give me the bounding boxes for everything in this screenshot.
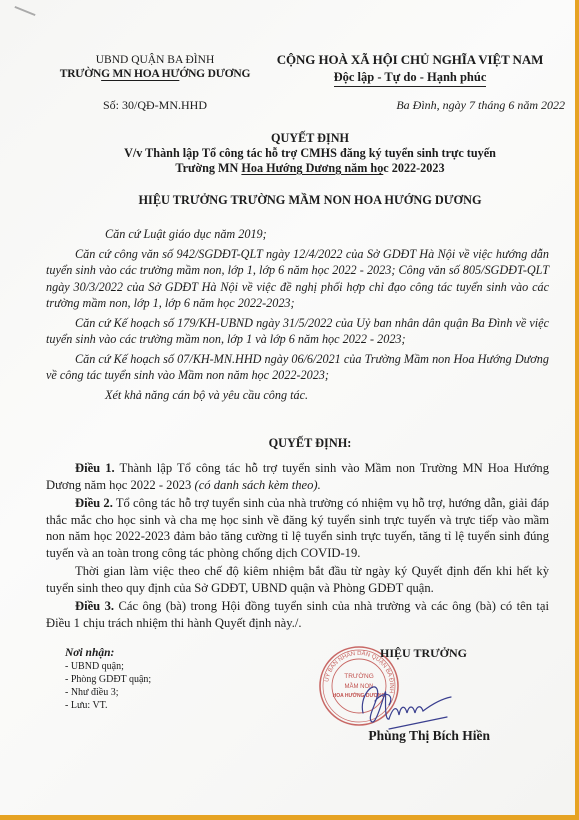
- title-subject-2: Trường MN Hoa Hướng Dương năm học 2022-…: [60, 161, 560, 176]
- issuer-heading: HIỆU TRƯỞNG TRƯỜNG MẦM NON HOA HƯỚNG DƯƠ…: [60, 193, 560, 208]
- recipient-item: - Phòng GDĐT quận;: [65, 673, 265, 686]
- title-subject-1: V/v Thành lập Tổ công tác hỗ trợ CMHS đă…: [60, 146, 560, 161]
- document-page: UBND QUẬN BA ĐÌNH TRƯỜNG MN HOA HƯỚNG DƯ…: [0, 0, 575, 815]
- basis-item: Căn cứ Kế hoạch số 07/KH-MN.HHD ngày 06/…: [46, 351, 549, 384]
- basis-item: Căn cứ Luật giáo dục năm 2019;: [76, 226, 549, 243]
- signer-name: Phùng Thị Bích Hiền: [340, 728, 490, 744]
- recipients-heading: Nơi nhận:: [65, 646, 265, 660]
- national-heading: CỘNG HOÀ XÃ HỘI CHỦ NGHĨA VIỆT NAM Độc l…: [255, 52, 565, 87]
- recipient-item: - UBND quận;: [65, 660, 265, 673]
- authority-name: UBND QUẬN BA ĐÌNH: [50, 53, 260, 67]
- legal-basis: Căn cứ Luật giáo dục năm 2019; Căn cứ cô…: [76, 226, 549, 406]
- basis-item: Căn cứ Kế hoạch số 179/KH-UBND ngày 31/5…: [46, 315, 549, 348]
- handwritten-signature-icon: [355, 675, 475, 735]
- recipient-item: - Lưu: VT.: [65, 699, 265, 712]
- place-date: Ba Đình, ngày 7 tháng 6 năm 2022: [300, 98, 565, 113]
- decision-heading: QUYẾT ĐỊNH:: [60, 436, 560, 451]
- document-number: Số: 30/QĐ-MN.HHD: [50, 98, 260, 113]
- basis-item: Căn cứ công văn số 942/SGDĐT-QLT ngày 12…: [46, 246, 549, 312]
- article-2-time: Thời gian làm việc theo chế độ kiêm nhiệ…: [46, 563, 549, 596]
- recipient-item: - Như điều 3;: [65, 686, 265, 699]
- republic-name: CỘNG HOÀ XÃ HỘI CHỦ NGHĨA VIỆT NAM: [255, 52, 565, 68]
- document-title: QUYẾT ĐỊNH V/v Thành lập Tổ công tác hỗ …: [60, 131, 560, 176]
- articles: Điều 1. Thành lập Tổ công tác hỗ trợ tuy…: [46, 460, 549, 633]
- national-motto: Độc lập - Tự do - Hạnh phúc: [334, 70, 487, 87]
- title-heading: QUYẾT ĐỊNH: [60, 131, 560, 146]
- signer-title: HIỆU TRƯỞNG: [380, 646, 500, 661]
- article-2: Điều 2. Tổ công tác hỗ trợ tuyển sinh củ…: [46, 495, 549, 561]
- article-3: Điều 3. Các ông (bà) trong Hội đồng tuyể…: [46, 598, 549, 631]
- article-1: Điều 1. Thành lập Tổ công tác hỗ trợ tuy…: [46, 460, 549, 493]
- basis-item: Xét khả năng cán bộ và yêu cầu công tác.: [76, 387, 549, 404]
- school-name: TRƯỜNG MN HOA HƯỚNG DƯƠNG: [50, 67, 260, 81]
- issuing-authority: UBND QUẬN BA ĐÌNH TRƯỜNG MN HOA HƯỚNG DƯ…: [50, 53, 260, 81]
- scan-mark: [14, 6, 35, 16]
- recipients: Nơi nhận: - UBND quận; - Phòng GDĐT quận…: [65, 646, 265, 712]
